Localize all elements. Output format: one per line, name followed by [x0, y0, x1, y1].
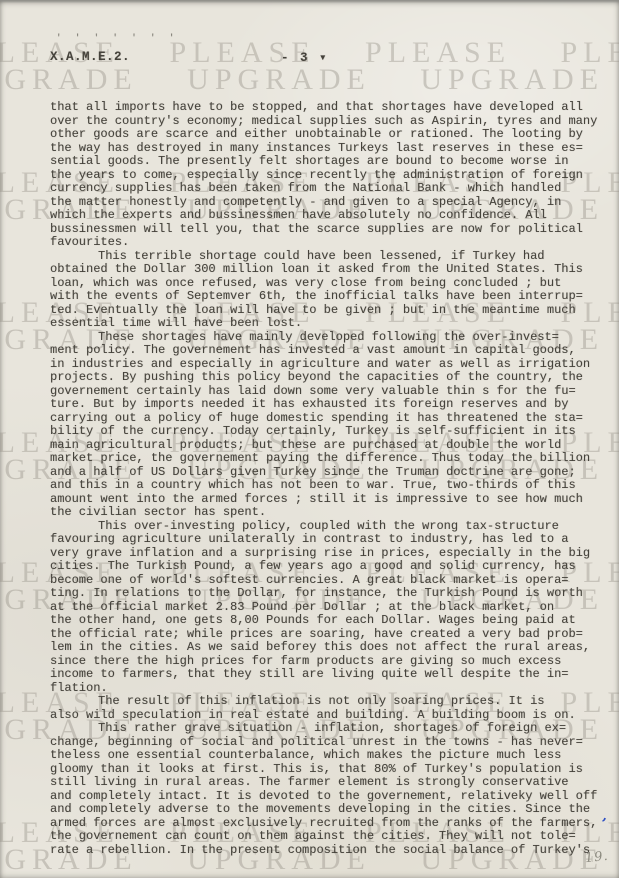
text-line: the governement can count on them agains… [50, 830, 616, 844]
text-line: the years to come, especially since rece… [50, 169, 616, 183]
text-line: main agricultural products; but these ar… [50, 439, 616, 453]
text-line: at the official market 2.83 Pound per Do… [50, 601, 616, 615]
text-line: with the events of Septemver 6th, the in… [50, 290, 616, 304]
text-line: flation. [50, 682, 616, 696]
text-line: the matter honestly and competently - an… [50, 196, 616, 210]
text-line: armed forces are almost exclusively recr… [50, 817, 616, 831]
page-number: - 3 ▾ [281, 49, 329, 65]
text-line: ted. Eventually the loan will have to be… [50, 304, 616, 318]
text-line: the way has destroyed in many instances … [50, 142, 616, 156]
text-line: amount went into the armed forces ; stil… [50, 493, 616, 507]
document-reference: X.A.M.E.2. [50, 50, 130, 64]
typed-body: that all imports have to be stopped, and… [50, 101, 616, 857]
text-line: and completely intact. It is devoted to … [50, 790, 616, 804]
text-line: This rather grave situation - inflation,… [50, 722, 616, 736]
typed-tick-marks: ' ' ' ' ' ' ' [56, 33, 178, 43]
text-line: lem in the cities. As we said beforey th… [50, 641, 616, 655]
text-line: the official rate; while prices are soar… [50, 628, 616, 642]
text-line: ment policy. The governement has investe… [50, 344, 616, 358]
text-line: gloomy than it looks at first. This is, … [50, 763, 616, 777]
text-line: cities. The Turkish Pound, a few years a… [50, 560, 616, 574]
scanned-page: PLEASE PLEASE PLEASE PLEASE PLEASE PLEAS… [0, 0, 619, 878]
text-line: ture. But by imports needed it has exhau… [50, 398, 616, 412]
text-line: This over-investing policy, coupled with… [50, 520, 616, 534]
text-line: currency supplies has been taken from th… [50, 182, 616, 196]
text-line: and completely adverse to the movements … [50, 803, 616, 817]
text-line: and a half of US Dollars given Turkey si… [50, 466, 616, 480]
text-line: still living in rural areas. The farmer … [50, 776, 616, 790]
text-line: also wild speculation in real estate and… [50, 709, 616, 723]
text-line: obtained the Dollar 300 million loan it … [50, 263, 616, 277]
text-line: market price, the governement paying the… [50, 452, 616, 466]
text-line: bility of the currency. Today certainly,… [50, 425, 616, 439]
text-line: projects. By pushing this policy beyond … [50, 371, 616, 385]
text-line: loan, which was once refused, was very c… [50, 277, 616, 291]
text-line: essential time will have been lost. [50, 317, 616, 331]
text-line: This terrible shortage could have been l… [50, 250, 616, 264]
text-line: which the experts and bussinessmen have … [50, 209, 616, 223]
text-line: theless one essential counterbalance, wh… [50, 749, 616, 763]
text-line: over the country's economy; medical supp… [50, 115, 616, 129]
text-line: that all imports have to be stopped, and… [50, 101, 616, 115]
text-line: These shortages have mainly developed fo… [50, 331, 616, 345]
text-line: favourites. [50, 236, 616, 250]
text-line: very grave inflation and a surprising ri… [50, 547, 616, 561]
text-line: favouring agriculture unilaterally in co… [50, 533, 616, 547]
text-line: become one of world's softest currencies… [50, 574, 616, 588]
text-line: ting. In relations to the Dollar, for in… [50, 587, 616, 601]
text-line: the other hand, one gets 8,00 Pounds for… [50, 614, 616, 628]
text-line: the civilian sector has spent. [50, 506, 616, 520]
text-line: bussinessmen will tell you, that the sca… [50, 223, 616, 237]
text-line: in industries and especially in agricult… [50, 358, 616, 372]
text-line: other goods are scarce and either unobta… [50, 128, 616, 142]
text-line: since there the high prices for farm pro… [50, 655, 616, 669]
text-line: change, beginning of social and politica… [50, 736, 616, 750]
text-line: rate a rebellion. In the present composi… [50, 844, 616, 858]
watermark-text: UPGRADE UPGRADE UPGRADE UPGRADE UPGRADE … [0, 63, 619, 97]
text-line: carrying out a policy of huge domestic s… [50, 412, 616, 426]
text-line: governement certainly has laid down some… [50, 385, 616, 399]
text-line: The result of this inflation is not only… [50, 695, 616, 709]
handwritten-page-number: 19. [584, 849, 609, 866]
text-line: sential goods. The presently felt shorta… [50, 155, 616, 169]
text-line: income to farmers, that they still are l… [50, 668, 616, 682]
text-line: and this in a country which has not been… [50, 479, 616, 493]
